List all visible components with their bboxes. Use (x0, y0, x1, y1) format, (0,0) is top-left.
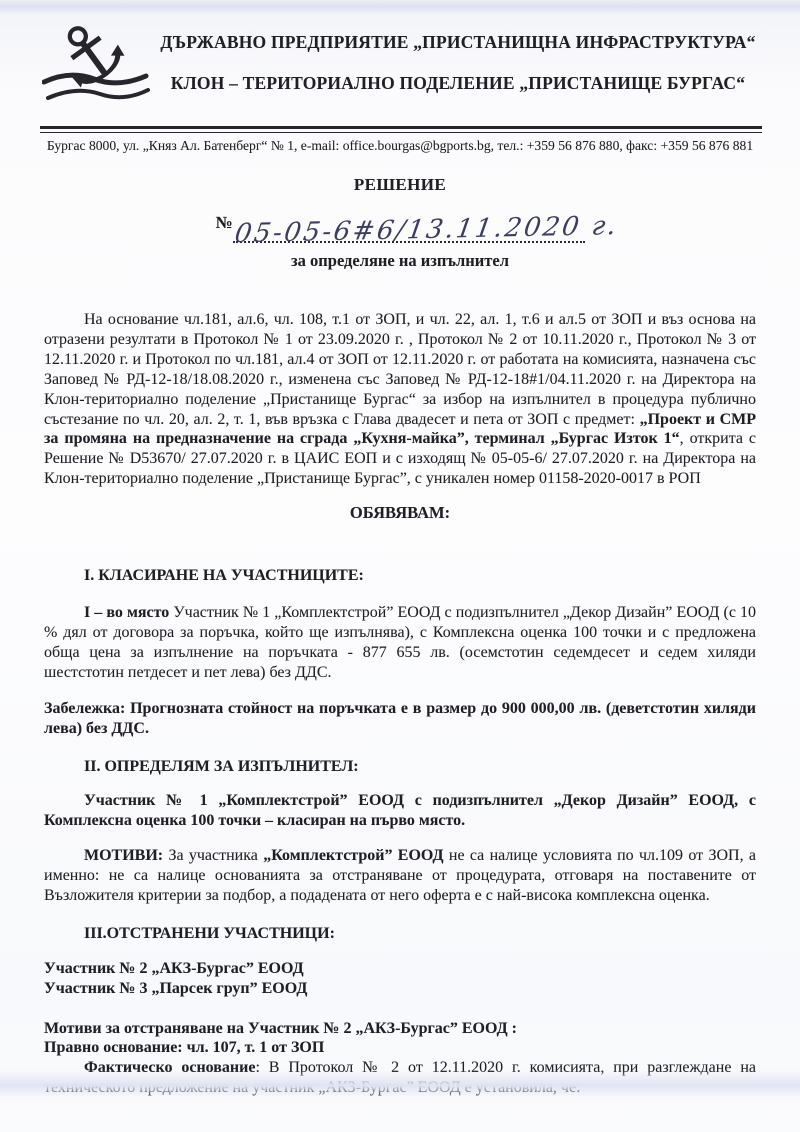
excluded-participant-3: Участник № 3 „Парсек груп” ЕООД (44, 979, 756, 999)
contact-address-line: Бургас 8000, ул. „Княз Ал. Батенберг“ № … (0, 138, 800, 154)
winner-paragraph: Участник № 1 „Комплектстрой” ЕООД с поди… (44, 791, 756, 831)
note-paragraph: Забележка: Прогнозната стойност на поръч… (44, 699, 756, 739)
decision-number-row: №05-05-6#6/13.11.2020 г. (0, 203, 800, 247)
waves-icon (42, 66, 152, 112)
section-1-heading: I. КЛАСИРАНЕ НА УЧАСТНИЦИТЕ: (84, 566, 756, 586)
section-2-heading: II. ОПРЕДЕЛЯМ ЗА ИЗПЪЛНИТЕЛ: (84, 757, 756, 777)
exclusion-motives-title: Мотиви за отстраняване на Участник № 2 „… (44, 1019, 756, 1039)
dotted-fill-line: 05-05-6#6/13.11.2020 г. (233, 207, 585, 243)
organization-name: ДЪРЖАВНО ПРЕДПРИЯТИЕ „ПРИСТАНИЩНА ИНФРАС… (156, 32, 760, 53)
section-3-heading: III.ОТСТРАНЕНИ УЧАСТНИЦИ: (84, 924, 756, 944)
letterhead: ⚓ ДЪРЖАВНО ПРЕДПРИЯТИЕ „ПРИСТАНИЩНА ИНФР… (0, 0, 800, 118)
document-subtitle: за определяне на изпълнител (0, 251, 800, 271)
organization-name-block: ДЪРЖАВНО ПРЕДПРИЯТИЕ „ПРИСТАНИЩНА ИНФРАС… (156, 20, 760, 94)
branch-name: КЛОН – ТЕРИТОРИАЛНО ПОДЕЛЕНИЕ „ПРИСТАНИЩ… (156, 73, 760, 94)
document-title: РЕШЕНИЕ (0, 175, 800, 195)
double-rule-divider (40, 126, 762, 133)
handwritten-decision-number: 05-05-6#6/13.11.2020 г. (232, 211, 620, 249)
scan-artifact-top (0, 0, 800, 15)
number-prefix: № (215, 213, 232, 232)
excluded-participant-2: Участник № 2 „АКЗ-Бургас” ЕООД (44, 959, 756, 979)
legal-basis-line: Правно основание: чл. 107, т. 1 от ЗОП (44, 1038, 756, 1058)
port-infrastructure-logo: ⚓ (48, 20, 156, 118)
motives-paragraph: МОТИВИ: За участника „Комплектстрой” ЕОО… (44, 846, 756, 906)
intro-paragraph: На основание чл.181, ал.6, чл. 108, т.1 … (44, 310, 756, 489)
ranking-paragraph: I – во място Участник № 1 „Комплектстрой… (44, 603, 756, 683)
title-block: РЕШЕНИЕ №05-05-6#6/13.11.2020 г. за опре… (0, 175, 800, 271)
scanned-decision-document: ⚓ ДЪРЖАВНО ПРЕДПРИЯТИЕ „ПРИСТАНИЩНА ИНФР… (0, 0, 800, 1132)
scan-artifact-bottom (0, 1070, 800, 1098)
document-body: На основание чл.181, ал.6, чл. 108, т.1 … (0, 310, 800, 1098)
announce-heading: ОБЯВЯВАМ: (44, 503, 756, 523)
